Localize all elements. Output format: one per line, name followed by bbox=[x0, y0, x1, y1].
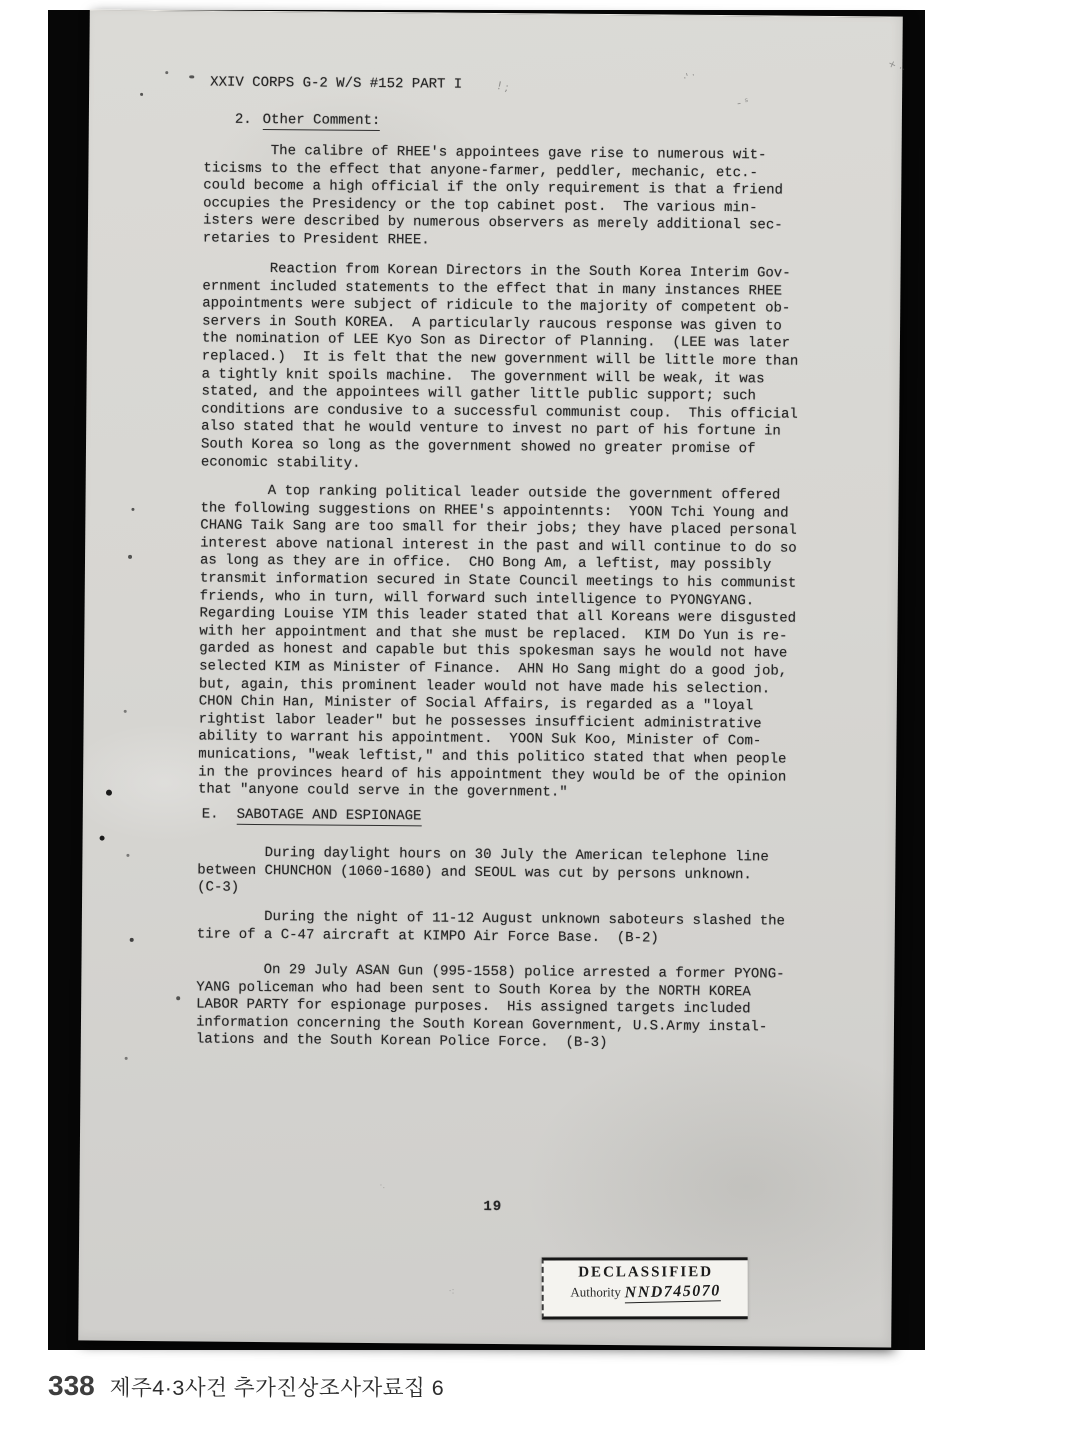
ink-speck bbox=[165, 71, 168, 74]
ink-speck bbox=[140, 93, 143, 96]
paragraph-reaction: Reaction from Korean Directors in the So… bbox=[201, 260, 799, 476]
paragraph-political-leader: A top ranking political leader outside t… bbox=[198, 482, 797, 804]
page-number: 19 bbox=[483, 1199, 502, 1217]
book-title: 제주4·3사건 추가진상조사자료집 6 bbox=[110, 1371, 444, 1402]
book-footer: 338 제주4·3사건 추가진상조사자료집 6 bbox=[48, 1370, 444, 1402]
ink-speck bbox=[131, 508, 134, 511]
ink-speck bbox=[125, 1057, 128, 1060]
ink-speck bbox=[100, 836, 105, 841]
sabotage-heading-title: SABOTAGE AND ESPIONAGE bbox=[237, 807, 422, 827]
sabotage-heading: E.SABOTAGE AND ESPIONAGE bbox=[202, 806, 422, 826]
section-number: 2. bbox=[235, 112, 252, 128]
sabotage-heading-label: E. bbox=[202, 806, 219, 822]
ink-speck bbox=[176, 996, 180, 1000]
ink-speck bbox=[126, 854, 129, 857]
declassified-stamp-authority: AuthorityNND745070 bbox=[544, 1283, 748, 1302]
pencil-mark: ·' · bbox=[682, 70, 697, 84]
authority-handwritten-number: NND745070 bbox=[625, 1282, 722, 1303]
paragraph-calibre: The calibre of RHEE's appointees gave ri… bbox=[203, 142, 784, 253]
authority-label: Authority bbox=[570, 1284, 621, 1299]
pencil-mark: + ·· bbox=[886, 58, 907, 76]
book-page-number: 338 bbox=[48, 1370, 95, 1402]
pencil-mark: ! ; bbox=[496, 79, 510, 94]
declassified-stamp-title: DECLASSIFIED bbox=[544, 1264, 748, 1281]
ink-speck bbox=[124, 710, 127, 713]
pencil-mark: ·: bbox=[449, 1287, 455, 1297]
ink-speck bbox=[106, 790, 112, 796]
section-title: Other Comment: bbox=[263, 112, 381, 131]
scanned-document-area: XXIV CORPS G-2 W/S #152 PART I 2.Other C… bbox=[48, 10, 925, 1350]
ink-speck bbox=[130, 938, 134, 942]
section-heading: 2.Other Comment: bbox=[235, 112, 381, 131]
declassified-stamp: DECLASSIFIED AuthorityNND745070 bbox=[542, 1257, 748, 1319]
ink-speck bbox=[128, 555, 132, 559]
document-page: XXIV CORPS G-2 W/S #152 PART I 2.Other C… bbox=[78, 9, 903, 1347]
ink-speck bbox=[189, 75, 194, 78]
paragraph-telephone-line: During daylight hours on 30 July the Ame… bbox=[197, 844, 769, 902]
paragraph-c47-tire: During the night of 11-12 August unknown… bbox=[197, 908, 785, 948]
document-header: XXIV CORPS G-2 W/S #152 PART I bbox=[210, 75, 462, 95]
pencil-mark: - ˢ bbox=[736, 95, 749, 109]
pencil-mark: ·. bbox=[380, 1181, 386, 1191]
paragraph-asan-arrest: On 29 July ASAN Gun (995-1558) police ar… bbox=[196, 961, 785, 1054]
